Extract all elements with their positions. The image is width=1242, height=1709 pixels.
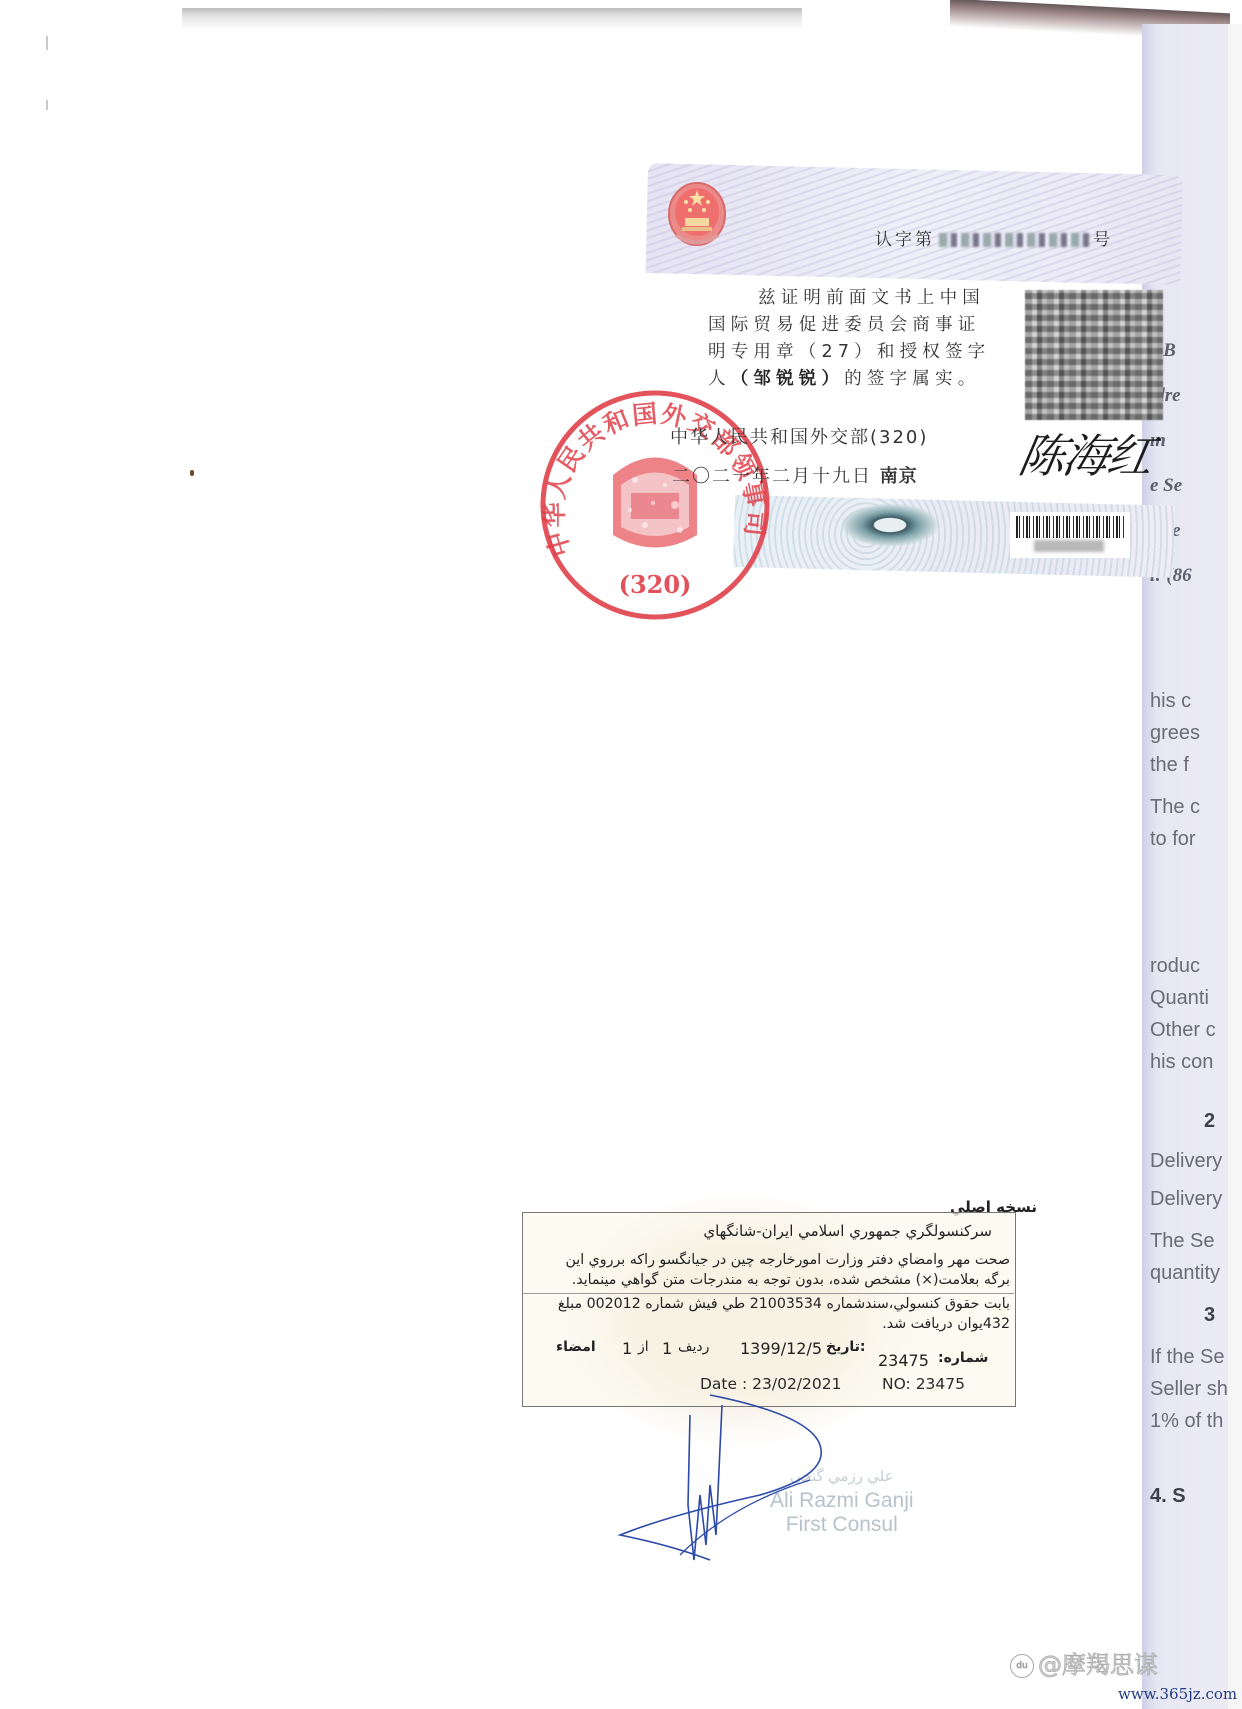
number-english: NO: 23475 <box>882 1375 965 1393</box>
scan-speck <box>190 470 194 476</box>
ministry-red-seal: 中华人民共和国外交部领事司 (320) <box>535 385 775 625</box>
strip-text-line: The c <box>1150 796 1200 819</box>
row-value: 1 <box>662 1339 672 1358</box>
consulate-title: سركنسولگري جمهوري اسلامي ايران-شانگهاي <box>703 1222 992 1240</box>
cert-date-value: 二〇二一年二月十九日 <box>672 466 872 487</box>
watermark-handle: @摩羯思谋 <box>1038 1651 1158 1679</box>
official-handwritten-signature: 陈海红 <box>1014 420 1158 486</box>
certification-text: 兹证明前面文书上中国 国际贸易促进委员会商事证 明专用章（27）和授权签字 人（… <box>708 285 1018 393</box>
scan-shadow-top <box>182 8 802 30</box>
strip-text-line: his c <box>1150 690 1191 713</box>
strip-text-line: The Se <box>1150 1230 1214 1253</box>
qr-code-redacted <box>1025 290 1163 420</box>
national-emblem-icon <box>666 180 728 252</box>
cert-line-3: 明专用章（27）和授权签字 <box>708 339 1018 366</box>
page-edge-shade <box>1228 24 1242 1709</box>
consular-fee-amount: 432يوان دريافت شد. <box>882 1316 1010 1332</box>
strip-text-line: quantity <box>1150 1262 1220 1285</box>
strip-text-line: Quanti <box>1150 987 1209 1010</box>
strip-text-line: his con <box>1150 1051 1213 1074</box>
strip-text-line: If the Se <box>1150 1346 1225 1369</box>
strip-text-line: grees <box>1150 722 1200 745</box>
number-persian: 23475 <box>878 1351 929 1370</box>
consular-text-line-2: برگه بعلامت(×) مشخص شده، بدون توجه به من… <box>572 1272 1010 1288</box>
cert-city: 南京 <box>880 466 918 487</box>
number-persian-label: شماره: <box>938 1350 988 1366</box>
row-label: رديف <box>678 1339 709 1355</box>
barcode-bars <box>1016 516 1124 538</box>
consul-handwritten-signature <box>610 1385 890 1565</box>
strip-text-line: to for <box>1150 828 1196 851</box>
of-value: 1 <box>622 1339 632 1358</box>
strip-text-line: Other c <box>1150 1019 1216 1042</box>
strip-text-line: 2 <box>1204 1110 1215 1133</box>
barcode-redacted <box>1010 512 1130 558</box>
certification-date: 二〇二一年二月十九日 南京 <box>672 462 918 488</box>
strip-text-line: e Se <box>1150 475 1182 497</box>
svg-text:(320): (320) <box>619 570 692 599</box>
cert-line-1: 兹证明前面文书上中国 <box>708 285 1018 312</box>
strip-text-line: Seller sh <box>1150 1378 1228 1401</box>
site-watermark: du@摩羯思谋 <box>1010 1645 1158 1680</box>
strip-text-line: roduc <box>1150 955 1200 978</box>
consular-fee-line: بابت حقوق كنسولي،سندشماره 21003534 طي في… <box>558 1296 1010 1312</box>
baidu-paw-icon: du <box>1010 1654 1034 1678</box>
date-persian: 1399/12/5 <box>740 1339 822 1358</box>
certificate-number: 认字第号 <box>875 225 1113 250</box>
scan-edge-mark <box>46 100 48 110</box>
of-label: از <box>638 1339 649 1355</box>
cert-no-suffix: 号 <box>1093 230 1113 250</box>
security-rosette-icon <box>840 503 940 547</box>
signature-label-fa: امضاء <box>556 1339 596 1355</box>
scan-edge-mark <box>46 36 48 50</box>
strip-text-line: Delivery <box>1150 1150 1222 1173</box>
barcode-number-redacted <box>1034 540 1104 552</box>
cert-line-2: 国际贸易促进委员会商事证 <box>708 312 1018 339</box>
cert-line-4-suffix: 的签字属实。 <box>844 369 980 389</box>
number-en-value: 23475 <box>916 1375 965 1393</box>
cert-no-prefix: 认字第 <box>875 230 935 250</box>
redacted-cert-number <box>939 233 1089 247</box>
consular-divider <box>522 1293 1014 1294</box>
strip-text-line: Delivery <box>1150 1188 1222 1211</box>
strip-text-line: 4. S <box>1150 1485 1186 1508</box>
date-persian-label: تاريخ: <box>826 1339 866 1355</box>
strip-text-line: the f <box>1150 754 1189 777</box>
watermark-url: www.365jz.com <box>1118 1685 1237 1703</box>
consular-text-line-1: صحت مهر وامضاي دفتر وزارت امورخارجه چين … <box>565 1252 1010 1268</box>
strip-text-line: 3 <box>1204 1304 1215 1327</box>
strip-text-line: 1% of th <box>1150 1410 1223 1433</box>
issuing-authority: 中华人民共和国外交部(320) <box>670 423 928 449</box>
